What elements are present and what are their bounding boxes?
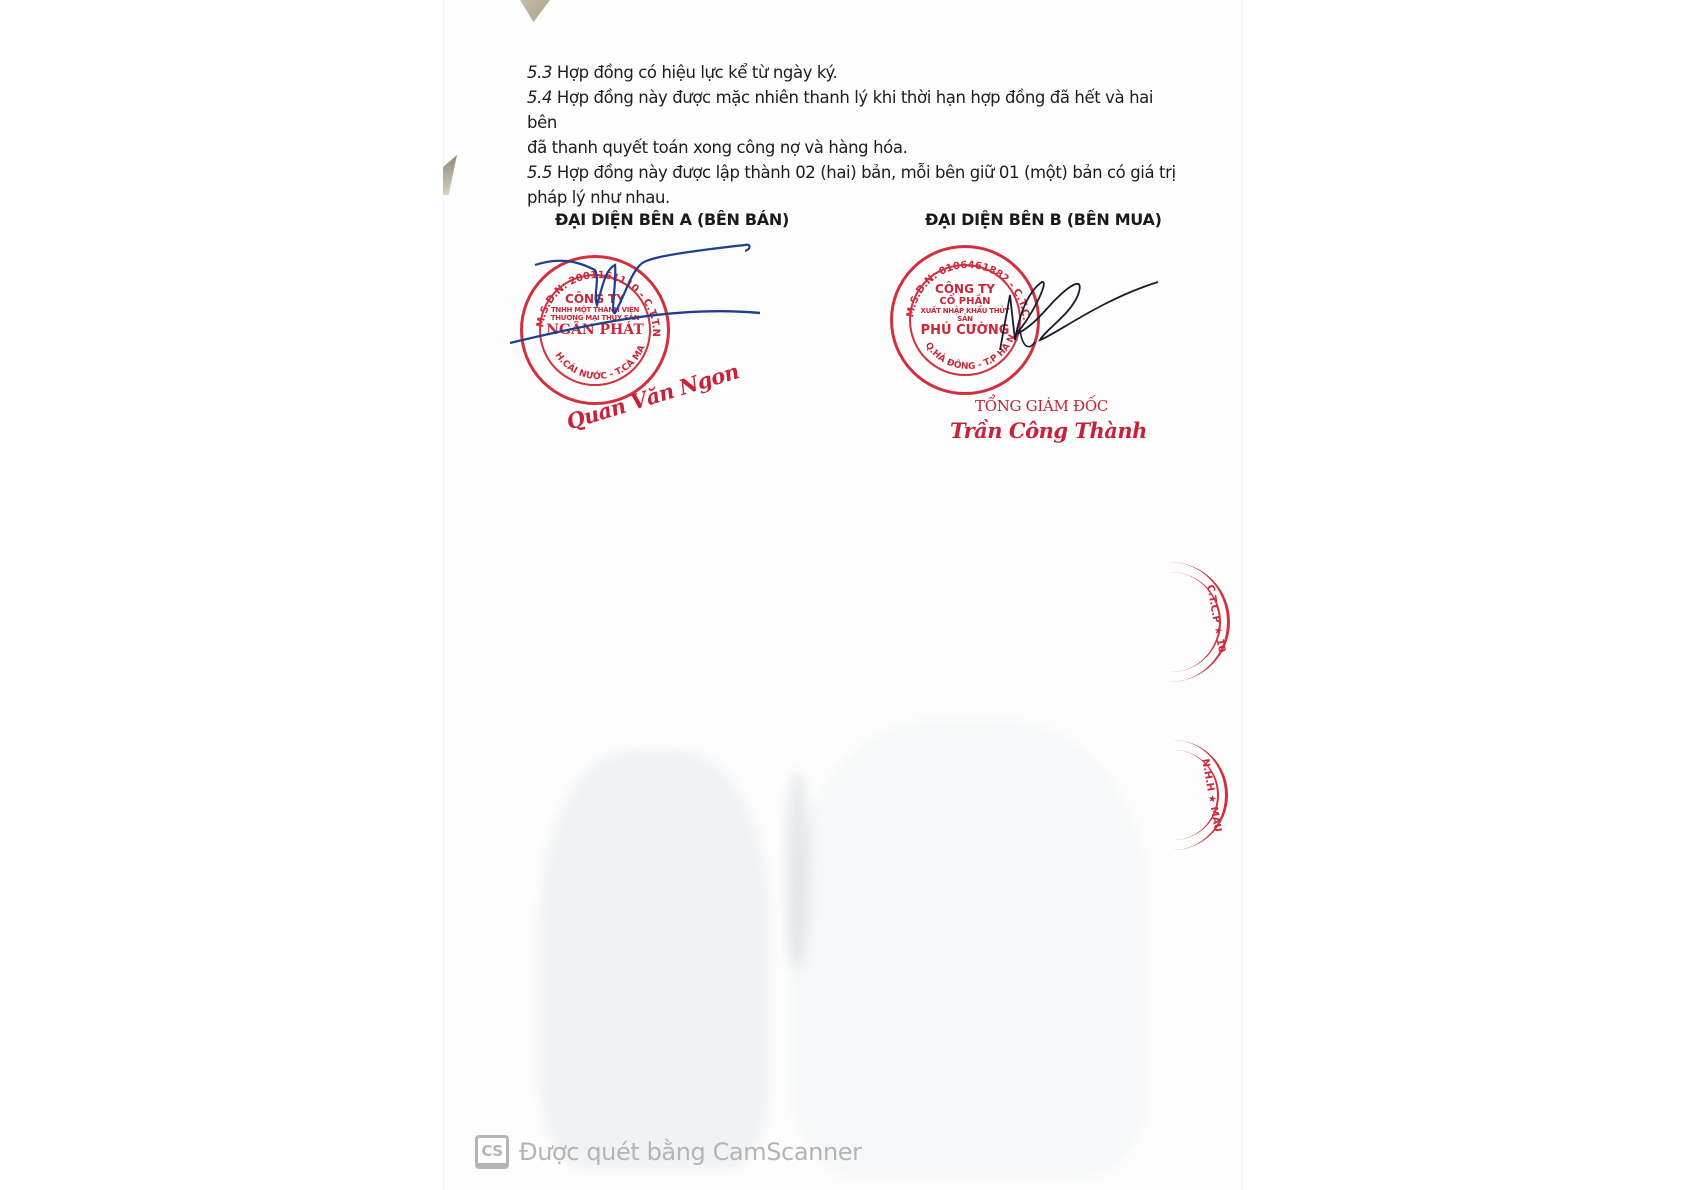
scan-artifact: [790, 720, 1150, 1180]
scan-artifact: [540, 750, 770, 1170]
party-a-signature: [505, 235, 765, 355]
clause-5-3: 5.3 Hợp đồng có hiệu lực kể từ ngày ký.: [527, 60, 1187, 85]
party-b-signer-name: Trần Công Thành: [950, 418, 1147, 443]
party-b-block: ĐẠI DIỆN BÊN B (BÊN MUA): [925, 210, 1155, 229]
party-b-title: ĐẠI DIỆN BÊN B (BÊN MUA): [925, 210, 1155, 229]
clause-5-4: 5.4 Hợp đồng này được mặc nhiên thanh lý…: [527, 85, 1187, 135]
clause-5-5: 5.5 Hợp đồng này được lập thành 02 (hai)…: [527, 160, 1187, 185]
scan-artifact: [785, 770, 810, 970]
camscanner-logo-icon: CS: [475, 1135, 509, 1169]
camscanner-watermark: CS Được quét bằng CamScanner: [475, 1135, 862, 1169]
party-a-title: ĐẠI DIỆN BÊN A (BÊN BÁN): [555, 210, 775, 229]
party-b-role: TỔNG GIÁM ĐỐC: [975, 397, 1108, 415]
contract-clauses: 5.3 Hợp đồng có hiệu lực kể từ ngày ký. …: [527, 60, 1187, 210]
watermark-text: Được quét bằng CamScanner: [519, 1138, 862, 1166]
party-a-block: ĐẠI DIỆN BÊN A (BÊN BÁN): [555, 210, 775, 229]
clause-5-5-cont: pháp lý như nhau.: [527, 185, 1187, 210]
clause-5-4-cont: đã thanh quyết toán xong công nợ và hàng…: [527, 135, 1187, 160]
party-b-signature: [960, 270, 1160, 370]
